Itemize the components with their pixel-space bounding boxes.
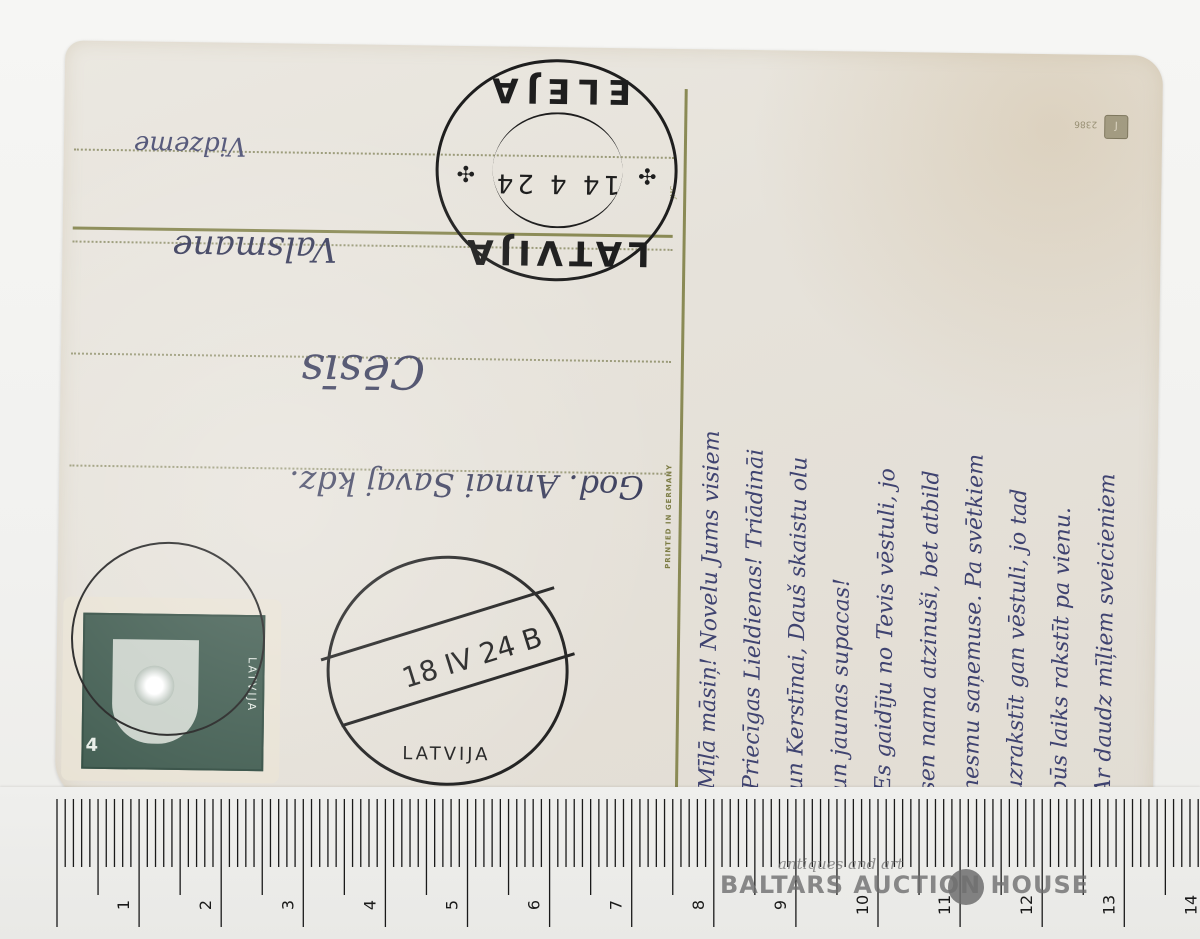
address-recipient-locality: Valsmane <box>172 227 337 269</box>
printed-in-germany-text: PRINTED IN GERMANY <box>664 464 673 569</box>
card-number: 2386 <box>1074 118 1097 128</box>
stamp-value: 4 <box>85 735 98 756</box>
svg-text:1: 1 <box>114 900 133 910</box>
svg-text:11: 11 <box>935 895 954 915</box>
svg-text:5: 5 <box>443 900 462 910</box>
postmark-country: LATVIJA <box>328 742 564 766</box>
handwritten-message: Mīļā māsiņ! Novelu Jums visiem Priecīgas… <box>695 69 1145 795</box>
ruler-ticks: 1234567891011121314 <box>0 787 1200 939</box>
message-line: Es gaidīju no Tevis vēstuli, jo <box>871 72 911 792</box>
message-line: būs laiks rakstīt pa vienu. <box>1047 74 1087 794</box>
message-line: sen nama atzinuši, bet atbild <box>915 72 955 792</box>
message-line: un Kerstīnai, Dauš skaistu olu <box>783 71 823 791</box>
address-recipient: God. Annai Savaj kdz. <box>289 464 644 507</box>
svg-text:3: 3 <box>278 900 297 910</box>
svg-text:2: 2 <box>196 900 215 910</box>
message-line: un jaunas supacas! <box>827 71 867 791</box>
svg-text:10: 10 <box>853 895 872 915</box>
postmark-arrival: 18 IV 24 B LATVIJA <box>325 554 570 787</box>
postmark-country: LATVIJA <box>437 231 674 274</box>
message-line: nesmu saņemuse. Pa svētkiem <box>959 73 999 793</box>
postmark-city: ELEJA <box>439 69 676 112</box>
postmark-date: 14 4 24 <box>438 167 674 200</box>
address-region: Vidzeme <box>134 129 247 161</box>
publisher-logo-icon: J <box>1104 115 1128 139</box>
postmark-eleja: LATVIJA ✣ ✣ 14 4 24 ELEJA <box>434 58 679 283</box>
message-line: Mīļā māsiņ! Novelu Jums visiem <box>695 69 735 789</box>
message-line: Priecīgas Lieldienas! Triādināi <box>739 70 779 790</box>
svg-text:6: 6 <box>525 900 544 910</box>
postcard: JMC PRINTED IN GERMANY Vidzeme Valsmane … <box>55 40 1164 815</box>
svg-text:8: 8 <box>689 900 708 910</box>
svg-text:14: 14 <box>1181 895 1200 915</box>
svg-text:4: 4 <box>360 900 379 910</box>
svg-text:7: 7 <box>607 900 626 910</box>
message-line: uzrakstīt gan vēstuli, jo tad <box>1003 74 1043 794</box>
svg-text:12: 12 <box>1017 895 1036 915</box>
address-town: Cēsīs <box>300 344 425 400</box>
measuring-ruler: 1234567891011121314 <box>0 787 1200 939</box>
message-line: Ar daudz mīļiem sveicieniem <box>1091 75 1131 795</box>
svg-text:9: 9 <box>771 900 790 910</box>
svg-text:13: 13 <box>1099 895 1118 915</box>
